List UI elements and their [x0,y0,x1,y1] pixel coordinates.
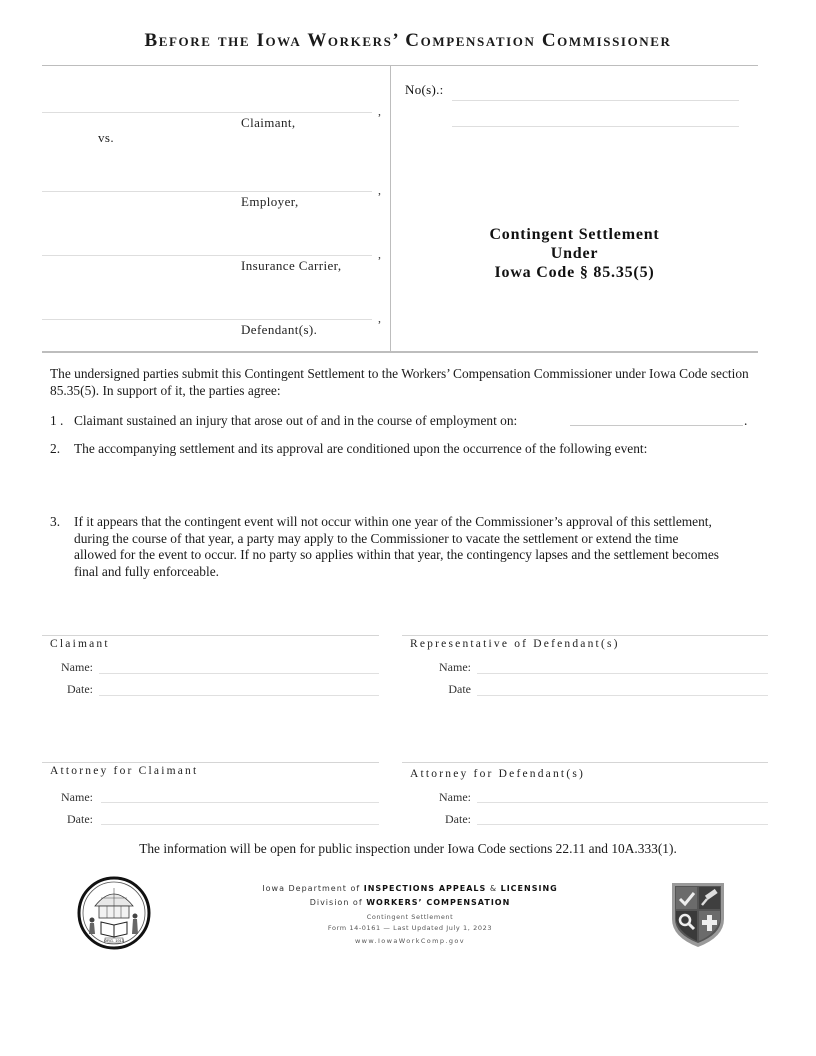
caption-top-border [42,65,758,66]
caption-bottom-border [42,351,758,353]
intro-paragraph: The undersigned parties submit this Cont… [50,366,750,399]
item-text: Claimant sustained an injury that arose … [74,413,744,430]
footer-department: Iowa Department of INSPECTIONS APPEALS &… [240,884,580,893]
case-number-field-2[interactable] [452,126,739,127]
attorney-defendants-date-field[interactable] [477,824,768,825]
name-label: Name: [43,659,93,676]
case-number-field-1[interactable] [452,100,739,101]
document-title-line-2: Under [392,244,757,263]
date-label: Date: [421,811,471,828]
case-numbers-label: No(s).: [405,82,444,98]
comma: , [378,247,381,262]
division-name: WORKERS’ COMPENSATION [366,898,510,907]
item-number: 1 . [50,413,63,430]
injury-date-field[interactable] [570,425,743,426]
date-label: Date: [43,681,93,698]
division-prefix: Division of [310,898,367,907]
attorney-defendants-heading: Attorney for Defendant(s) [410,768,585,780]
document-title-line-1: Contingent Settlement [392,225,757,244]
claimant-signature-heading: Claimant [50,638,110,650]
footer-website[interactable]: www.IowaWorkComp.gov [240,937,580,945]
dial-shield-icon [669,879,727,949]
contingent-event-field[interactable] [74,462,744,507]
name-label: Name: [421,789,471,806]
attorney-claimant-signature-line[interactable] [42,762,379,763]
dept-prefix: Iowa Department of [262,884,363,893]
comma: , [378,311,381,326]
item-number: 3. [50,514,60,531]
defendants-label: Defendant(s). [241,322,317,338]
footer-form-name: Contingent Settlement [240,913,580,921]
name-label: Name: [43,789,93,806]
claimant-label: Claimant, [241,115,296,131]
public-inspection-notice: The information will be open for public … [0,841,816,858]
vs-label: vs. [98,130,114,146]
iowa-seal-icon: ORG. 1913 [77,876,151,950]
attorney-defendants-name-field[interactable] [477,802,768,803]
document-title: Contingent Settlement Under Iowa Code § … [392,225,757,282]
claimant-signature-line[interactable] [42,635,379,636]
insurance-carrier-label: Insurance Carrier, [241,258,342,274]
item-text: If it appears that the contingent event … [74,514,724,580]
svg-text:ORG. 1913: ORG. 1913 [104,938,125,943]
representative-signature-heading: Representative of Defendant(s) [410,638,620,650]
representative-signature-line[interactable] [402,635,768,636]
claimant-date-field[interactable] [99,695,379,696]
attorney-defendants-signature-line[interactable] [402,762,768,763]
employer-label: Employer, [241,194,299,210]
ampersand: & [486,884,500,893]
attorney-claimant-date-field[interactable] [101,824,379,825]
item-text: The accompanying settlement and its appr… [74,441,744,458]
footer-division: Division of WORKERS’ COMPENSATION [240,898,580,907]
comma: , [378,104,381,119]
representative-date-field[interactable] [477,695,768,696]
dept-name-2: LICENSING [501,884,558,893]
page-title: Before the Iowa Workers’ Compensation Co… [0,30,816,52]
item-3: 3. If it appears that the contingent eve… [0,514,816,584]
insurance-carrier-name-field[interactable] [42,255,372,256]
item-number: 2. [50,441,60,458]
attorney-claimant-name-field[interactable] [101,802,379,803]
claimant-name-field[interactable] [42,112,372,113]
date-label: Date: [43,811,93,828]
item-2: 2. The accompanying settlement and its a… [0,441,816,459]
dept-name-1: INSPECTIONS APPEALS [364,884,487,893]
claimant-name-field[interactable] [99,673,379,674]
attorney-claimant-heading: Attorney for Claimant [50,765,198,777]
representative-name-field[interactable] [477,673,768,674]
document-title-line-3: Iowa Code § 85.35(5) [392,263,757,282]
period: . [744,413,747,430]
caption-divider [390,65,391,352]
defendants-name-field[interactable] [42,319,372,320]
employer-name-field[interactable] [42,191,372,192]
name-label: Name: [421,659,471,676]
date-label: Date [421,681,471,698]
item-1: 1 . Claimant sustained an injury that ar… [0,413,816,431]
footer-form-number: Form 14-0161 — Last Updated July 1, 2023 [240,924,580,932]
comma: , [378,183,381,198]
